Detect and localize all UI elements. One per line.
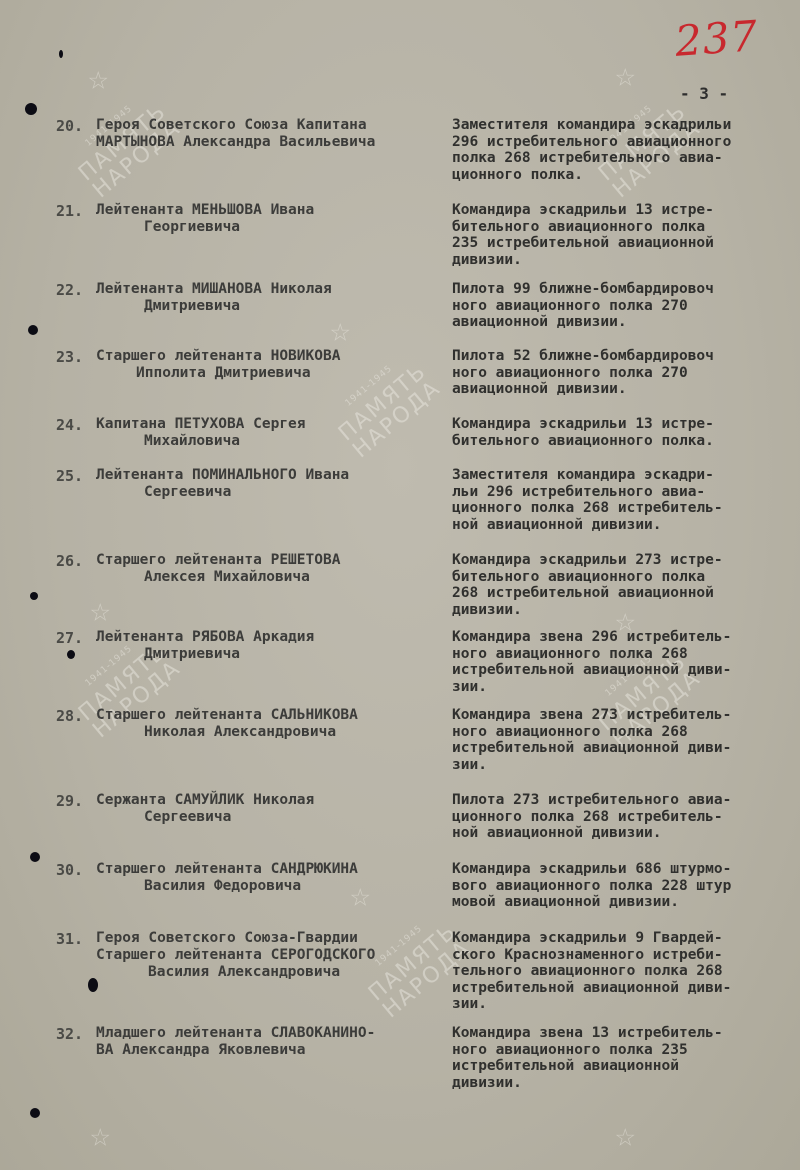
star-icon: ☆ — [88, 58, 108, 98]
punch-hole — [28, 325, 38, 335]
star-icon: ☆ — [615, 1115, 635, 1155]
page-number: - 3 - — [680, 84, 728, 103]
archive-folio-number: 237 — [673, 11, 759, 66]
entry-name: Младшего лейтенанта СЛАВОКАНИНО-ВА Алекс… — [96, 1025, 446, 1059]
entry-number: 30. — [56, 861, 83, 879]
entry-number: 23. — [56, 348, 83, 366]
entry-number: 24. — [56, 416, 83, 434]
punch-hole — [67, 650, 75, 659]
entry-name: Героя Советского Союза-Гвардии Старшего … — [96, 930, 446, 981]
entry-name: Лейтенанта МИШАНОВА НиколаяДмитриевича — [96, 281, 446, 315]
entry-position: Заместителя командира эскадрильи 296 ист… — [452, 117, 782, 183]
entry-position: Командира звена 296 истребитель- ного ав… — [452, 629, 782, 695]
entry-position: Пилота 273 истребительного авиа- ционног… — [452, 792, 782, 842]
entry-number: 31. — [56, 930, 83, 948]
entry-number: 32. — [56, 1025, 83, 1043]
punch-hole — [30, 1108, 40, 1118]
punch-hole — [30, 592, 38, 600]
entry-number: 20. — [56, 117, 83, 135]
star-icon: ☆ — [90, 590, 110, 630]
entry-name: Старшего лейтенанта НОВИКОВАИпполита Дми… — [96, 348, 446, 382]
entry-position: Пилота 52 ближне-бомбардировоч ного авиа… — [452, 348, 782, 398]
entry-number: 28. — [56, 707, 83, 725]
entry-name: Капитана ПЕТУХОВА СергеяМихайловича — [96, 416, 446, 450]
punch-hole — [59, 50, 63, 58]
entry-position: Пилота 99 ближне-бомбардировоч ного авиа… — [452, 281, 782, 331]
entry-position: Командира эскадрильи 273 истре- бительно… — [452, 552, 782, 618]
entry-name: Старшего лейтенанта САЛЬНИКОВАНиколая Ал… — [96, 707, 446, 741]
entry-name: Героя Советского Союза КапитанаМАРТЫНОВА… — [96, 117, 446, 151]
entry-name: Старшего лейтенанта САНДРЮКИНАВасилия Фе… — [96, 861, 446, 895]
star-icon: ☆ — [615, 55, 635, 95]
entry-position: Командира эскадрильи 13 истре- бительног… — [452, 202, 782, 268]
document-page: ☆ 1941-1945ПАМЯТЬНАРОДА ☆ 1941-1945ПАМЯТ… — [0, 0, 800, 1170]
entry-position: Командира эскадрильи 13 истре- бительног… — [452, 416, 782, 449]
entry-name: Лейтенанта МЕНЬШОВА ИванаГеоргиевича — [96, 202, 446, 236]
star-icon: ☆ — [90, 1115, 110, 1155]
punch-hole — [30, 852, 40, 862]
punch-hole — [25, 103, 37, 115]
entry-name: Сержанта САМУЙЛИК НиколаяСергеевича — [96, 792, 446, 826]
entry-position: Командира эскадрильи 9 Гвардей- ского Кр… — [452, 930, 782, 1013]
entry-position: Заместителя командира эскадри- льи 296 и… — [452, 467, 782, 533]
entry-name: Лейтенанта ПОМИНАЛЬНОГО ИванаСергеевича — [96, 467, 446, 501]
entry-number: 27. — [56, 629, 83, 647]
entry-name: Лейтенанта РЯБОВА АркадияДмитриевича — [96, 629, 446, 663]
entry-number: 21. — [56, 202, 83, 220]
entry-position: Командира звена 273 истребитель- ного ав… — [452, 707, 782, 773]
entry-number: 25. — [56, 467, 83, 485]
entry-number: 26. — [56, 552, 83, 570]
star-icon: ☆ — [330, 310, 350, 350]
entry-position: Командира эскадрильи 686 штурмо- вого ав… — [452, 861, 782, 911]
entry-number: 29. — [56, 792, 83, 810]
entry-number: 22. — [56, 281, 83, 299]
entry-position: Командира звена 13 истребитель- ного ави… — [452, 1025, 782, 1091]
entry-name: Старшего лейтенанта РЕШЕТОВААлексея Миха… — [96, 552, 446, 586]
